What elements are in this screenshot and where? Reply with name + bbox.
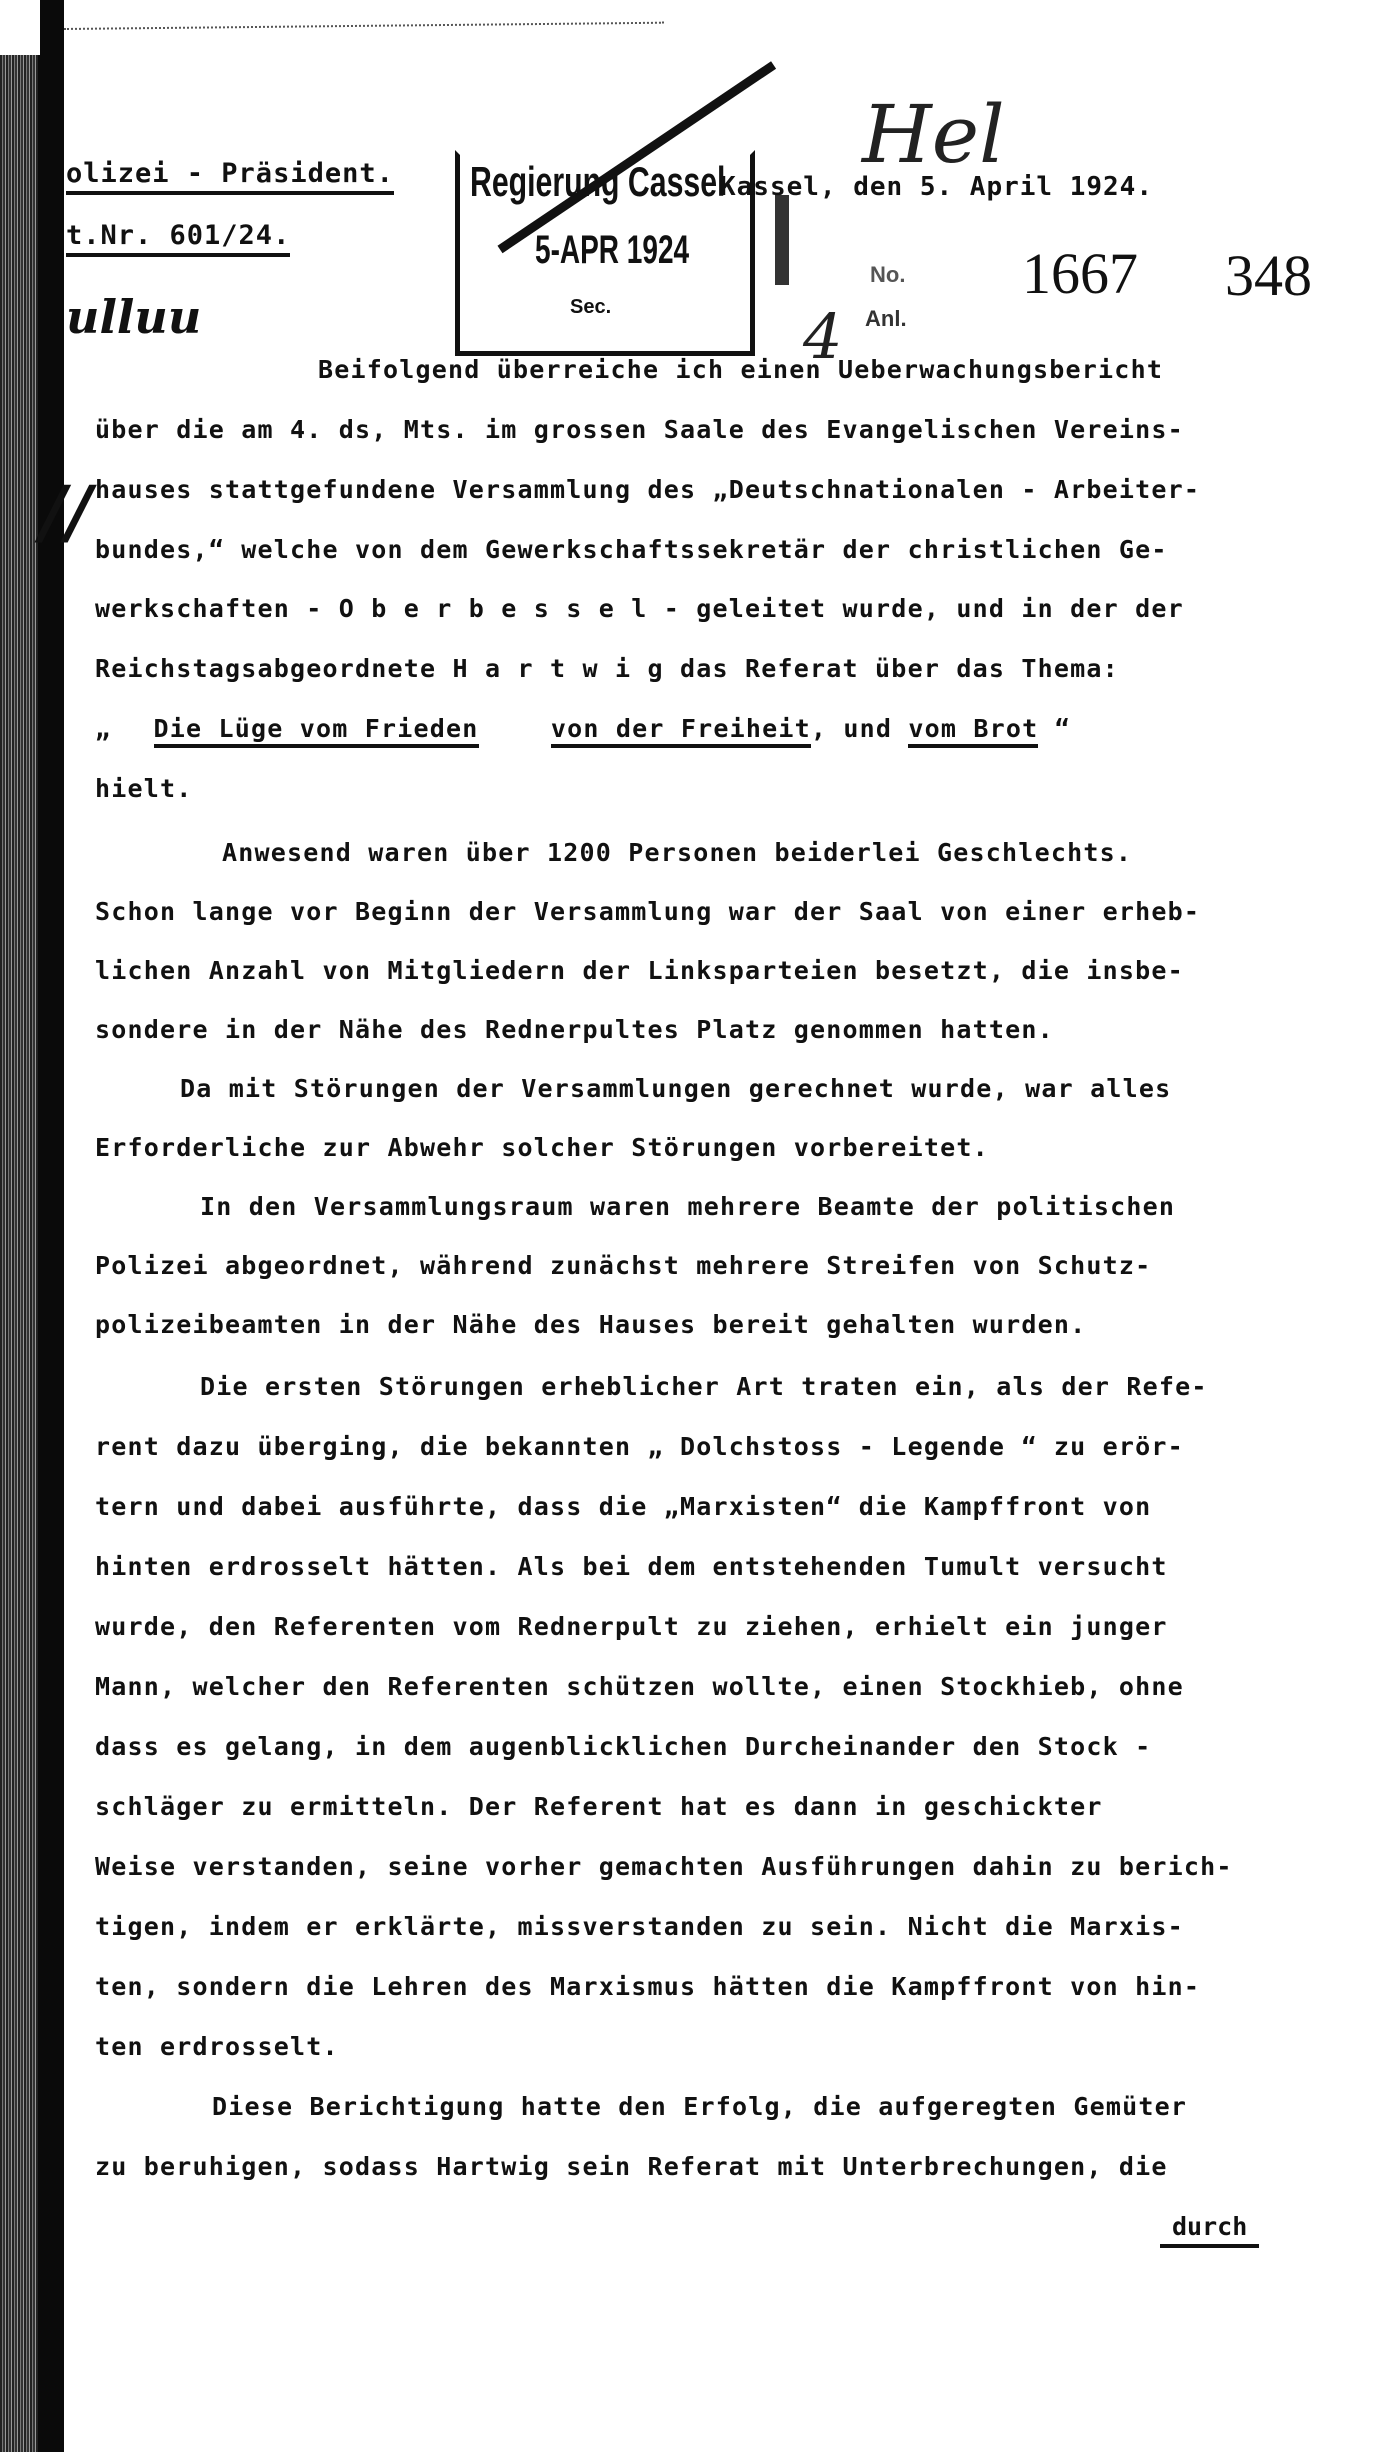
para-line-2: Schon lange vor Beginn der Versammlung w…: [95, 897, 1200, 926]
para-line-14: wurde, den Referenten vom Rednerpult zu …: [95, 1612, 1168, 1641]
file-number-primary: 1667: [1022, 240, 1138, 307]
para-line-6: Erforderliche zur Abwehr solcher Störung…: [95, 1133, 989, 1162]
body-line-4: bundes,“ welche von dem Gewerkschaftssek…: [95, 535, 1168, 564]
registry-no-label: No.: [870, 262, 905, 288]
theme-close-quote: “: [1055, 714, 1071, 743]
para-line-4: sondere in der Nähe des Rednerpultes Pla…: [95, 1015, 1054, 1044]
handwritten-initials: Hel: [862, 88, 1005, 181]
stamp-date: 5-APR 1924: [535, 228, 689, 273]
body-line-3: hauses stattgefundene Versammlung des „D…: [95, 475, 1200, 504]
page-margin: [0, 0, 40, 55]
body-line-6: Reichstagsabgeordnete H a r t w i g das …: [95, 654, 1119, 683]
reference-number: t.Nr. 601/24.: [66, 220, 290, 257]
para-line-9: polizeibeamten in der Nähe des Hauses be…: [95, 1310, 1086, 1339]
binding-edge: [0, 0, 40, 2452]
body-line-2: über die am 4. ds, Mts. im grossen Saale…: [95, 415, 1184, 444]
theme-part-3: vom Brot: [908, 714, 1038, 748]
top-edge-mark: [64, 22, 664, 30]
para-line-8: Polizei abgeordnet, während zunächst meh…: [95, 1251, 1151, 1280]
theme-line: „ Die Lüge vom Frieden von der Freiheit,…: [95, 714, 1071, 743]
para-line-10: Die ersten Störungen erheblicher Art tra…: [200, 1372, 1208, 1401]
file-number-secondary: 348: [1225, 242, 1312, 309]
stamp-mark: [775, 195, 789, 285]
theme-separator: , und: [811, 714, 892, 743]
stamp-section: Sec.: [570, 296, 611, 319]
body-line-1: Beifolgend überreiche ich einen Ueberwac…: [318, 355, 1163, 384]
theme-part-2: von der Freiheit: [551, 714, 811, 748]
registry-anl-label: Anl.: [865, 306, 907, 332]
para-line-3: lichen Anzahl von Mitgliedern der Linksp…: [95, 956, 1184, 985]
body-line-5: werkschaften - O b e r b e s s e l - gel…: [95, 594, 1184, 623]
para-line-23: zu beruhigen, sodass Hartwig sein Refera…: [95, 2152, 1168, 2181]
para-line-7: In den Versammlungsraum waren mehrere Be…: [200, 1192, 1175, 1221]
para-line-13: hinten erdrosselt hätten. Als bei dem en…: [95, 1552, 1168, 1581]
para-line-20: ten, sondern die Lehren des Marxismus hä…: [95, 1972, 1200, 2001]
para-line-1: Anwesend waren über 1200 Personen beider…: [222, 838, 1132, 867]
theme-open-quote: „: [95, 714, 111, 743]
para-line-22: Diese Berichtigung hatte den Erfolg, die…: [212, 2092, 1187, 2121]
para-line-16: dass es gelang, in dem augenblicklichen …: [95, 1732, 1151, 1761]
para-line-11: rent dazu überging, die bekannten „ Dolc…: [95, 1432, 1184, 1461]
authority-heading: olizei - Präsident.: [66, 158, 394, 195]
margin-scribble-side: //: [40, 470, 91, 553]
para-line-15: Mann, welcher den Referenten schützen wo…: [95, 1672, 1184, 1701]
para-line-5: Da mit Störungen der Versammlungen gerec…: [180, 1074, 1171, 1103]
para-line-18: Weise verstanden, seine vorher gemachten…: [95, 1852, 1233, 1881]
para-line-19: tigen, indem er erklärte, missverstanden…: [95, 1912, 1184, 1941]
binding-shadow: [38, 0, 64, 2452]
margin-scribble-top: ulluu: [66, 290, 201, 344]
theme-part-1: Die Lüge vom Frieden: [154, 714, 479, 748]
para-line-17: schläger zu ermitteln. Der Referent hat …: [95, 1792, 1103, 1821]
hielt-line: hielt.: [95, 774, 193, 803]
catchword: durch: [1160, 2212, 1259, 2248]
para-line-12: tern und dabei ausführte, dass die „Marx…: [95, 1492, 1151, 1521]
para-line-21: ten erdrosselt.: [95, 2032, 339, 2061]
